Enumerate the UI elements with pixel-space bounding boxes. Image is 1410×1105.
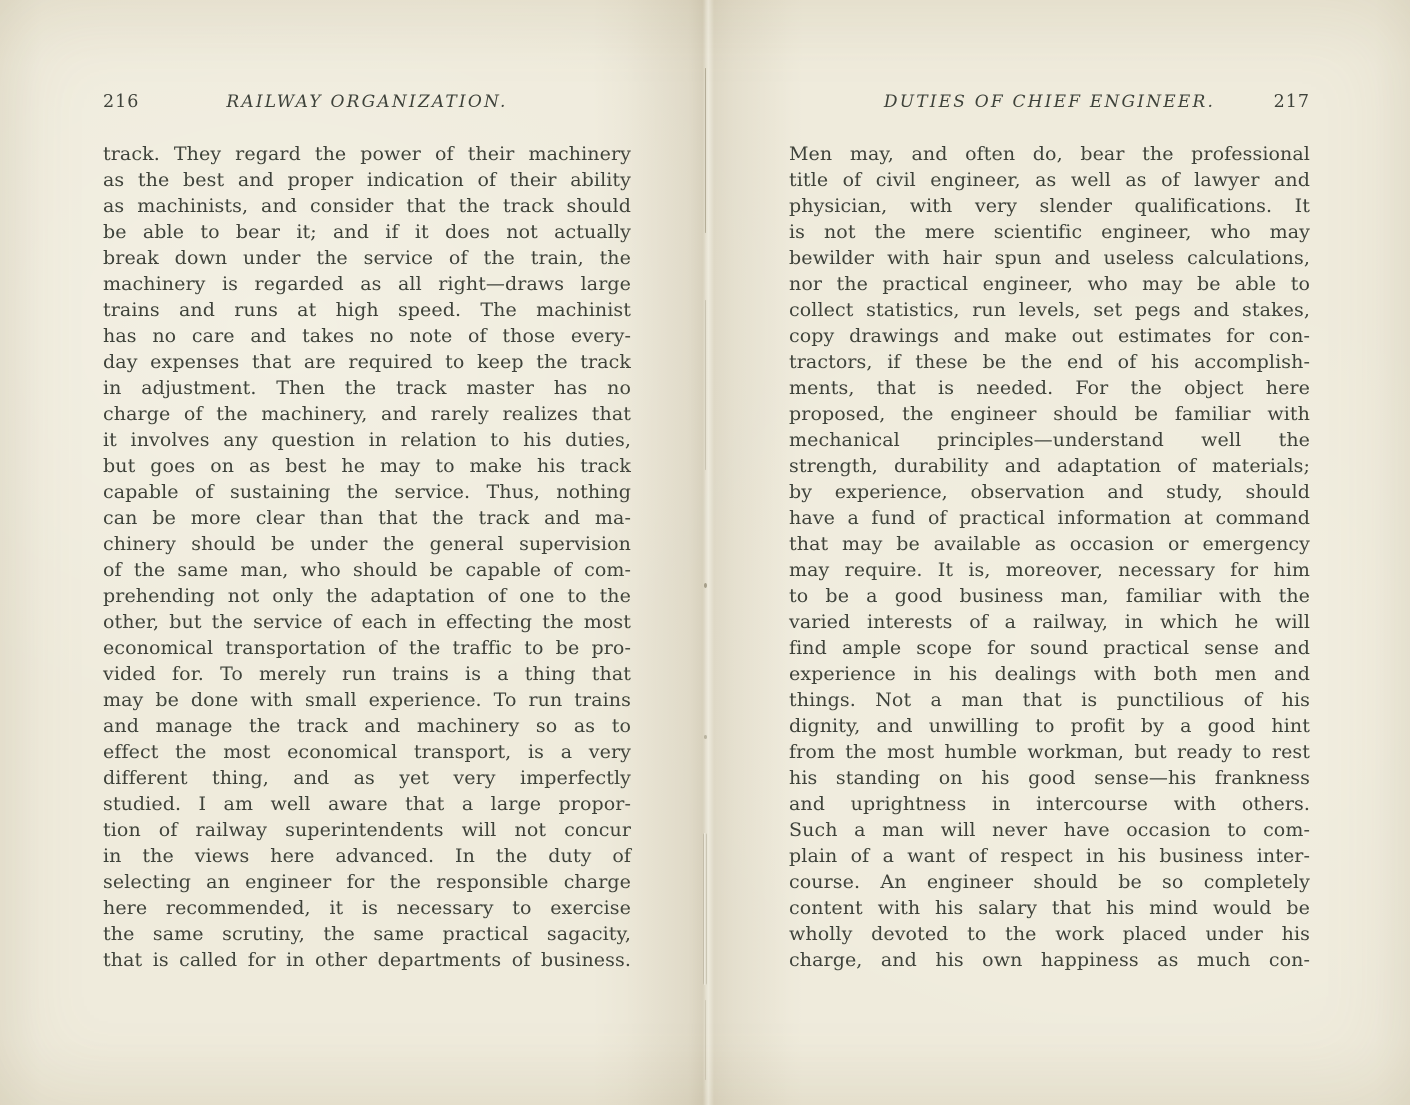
text-line: may be done with small experience. To ru… [103,687,631,713]
text-line: his standing on his good sense—his frank… [789,765,1310,791]
text-line: tion of railway superintendents will not… [103,817,631,843]
text-line: as machinists, and consider that the tra… [103,193,631,219]
gutter-crease-line [705,68,706,233]
text-line: vided for. To merely run trains is a thi… [103,661,631,687]
text-line: and uprightness in intercourse with othe… [789,791,1310,817]
text-line: economical transportation of the traffic… [103,635,631,661]
text-line: find ample scope for sound practical sen… [789,635,1310,661]
text-line: things. Not a man that is punctilious of… [789,687,1310,713]
text-line: content with his salary that his mind wo… [789,895,1310,921]
text-line: but goes on as best he may to make his t… [103,453,631,479]
binding-thread [703,833,707,985]
text-line: be able to bear it; and if it does not a… [103,219,631,245]
left-page-number: 216 [103,92,139,112]
text-line: and manage the track and machinery so as… [103,713,631,739]
text-line: in the views here advanced. In the duty … [103,843,631,869]
left-page: 216 RAILWAY ORGANIZATION. track. They re… [0,0,705,1105]
gutter-crease-line [705,300,706,470]
text-line: charge of the machinery, and rarely real… [103,401,631,427]
text-line: break down under the service of the trai… [103,245,631,271]
text-line: plain of a want of respect in his busine… [789,843,1310,869]
text-line: from the most humble workman, but ready … [789,739,1310,765]
text-line: Men may, and often do, bear the professi… [789,141,1310,167]
text-line: proposed, the engineer should be familia… [789,401,1310,427]
text-line: physician, with very slender qualificati… [789,193,1310,219]
text-line: of the same man, who should be capable o… [103,557,631,583]
book-spread: 216 RAILWAY ORGANIZATION. track. They re… [0,0,1410,1105]
text-line: day expenses that are required to keep t… [103,349,631,375]
text-line: dignity, and unwilling to profit by a go… [789,713,1310,739]
text-line: has no care and takes no note of those e… [103,323,631,349]
text-line: capable of sustaining the service. Thus,… [103,479,631,505]
text-line: collect statistics, run levels, set pegs… [789,297,1310,323]
text-line: trains and runs at high speed. The machi… [103,297,631,323]
right-running-header: DUTIES OF CHIEF ENGINEER. [789,92,1310,112]
text-line: that may be available as occasion or eme… [789,531,1310,557]
left-page-header: 216 RAILWAY ORGANIZATION. [103,92,631,116]
text-line: effect the most economical transport, is… [103,739,631,765]
text-line: ments, that is needed. For the object he… [789,375,1310,401]
text-line: have a fund of practical information at … [789,505,1310,531]
gutter-crease-line [705,1000,706,1080]
text-line: chinery should be under the general supe… [103,531,631,557]
text-line: copy drawings and make out estimates for… [789,323,1310,349]
text-line: studied. I am well aware that a large pr… [103,791,631,817]
left-running-header: RAILWAY ORGANIZATION. [103,92,631,112]
left-page-body: track. They regard the power of their ma… [103,141,631,973]
text-line: as the best and proper indication of the… [103,167,631,193]
text-line: to be a good business man, familiar with… [789,583,1310,609]
text-line: tractors, if these be the end of his acc… [789,349,1310,375]
text-line: experience in his dealings with both men… [789,661,1310,687]
right-page: DUTIES OF CHIEF ENGINEER. 217 Men may, a… [705,0,1410,1105]
text-line: different thing, and as yet very imperfe… [103,765,631,791]
text-line: other, but the service of each in effect… [103,609,631,635]
text-line: by experience, observation and study, sh… [789,479,1310,505]
text-line: the same scrutiny, the same practical sa… [103,921,631,947]
text-line: that is called for in other departments … [103,947,631,973]
text-line: strength, durability and adaptation of m… [789,453,1310,479]
text-line: selecting an engineer for the responsibl… [103,869,631,895]
right-page-body: Men may, and often do, bear the professi… [789,141,1310,973]
text-line: charge, and his own happiness as much co… [789,947,1310,973]
text-line: can be more clear than that the track an… [103,505,631,531]
text-line: is not the mere scientific engineer, who… [789,219,1310,245]
text-line: it involves any question in relation to … [103,427,631,453]
text-line: title of civil engineer, as well as of l… [789,167,1310,193]
right-page-header: DUTIES OF CHIEF ENGINEER. 217 [789,92,1310,116]
text-line: in adjustment. Then the track master has… [103,375,631,401]
text-line: prehending not only the adaptation of on… [103,583,631,609]
text-line: nor the practical engineer, who may be a… [789,271,1310,297]
text-line: here recommended, it is necessary to exe… [103,895,631,921]
binding-stitch-mark [704,735,707,739]
text-line: bewilder with hair spun and useless calc… [789,245,1310,271]
text-line: varied interests of a railway, in which … [789,609,1310,635]
right-page-number: 217 [1274,92,1310,112]
text-line: machinery is regarded as all right—draws… [103,271,631,297]
text-line: may require. It is, moreover, necessary … [789,557,1310,583]
text-line: mechanical principles—understand well th… [789,427,1310,453]
text-line: course. An engineer should be so complet… [789,869,1310,895]
text-line: wholly devoted to the work placed under … [789,921,1310,947]
text-line: Such a man will never have occasion to c… [789,817,1310,843]
binding-stitch-mark [704,583,707,588]
text-line: track. They regard the power of their ma… [103,141,631,167]
